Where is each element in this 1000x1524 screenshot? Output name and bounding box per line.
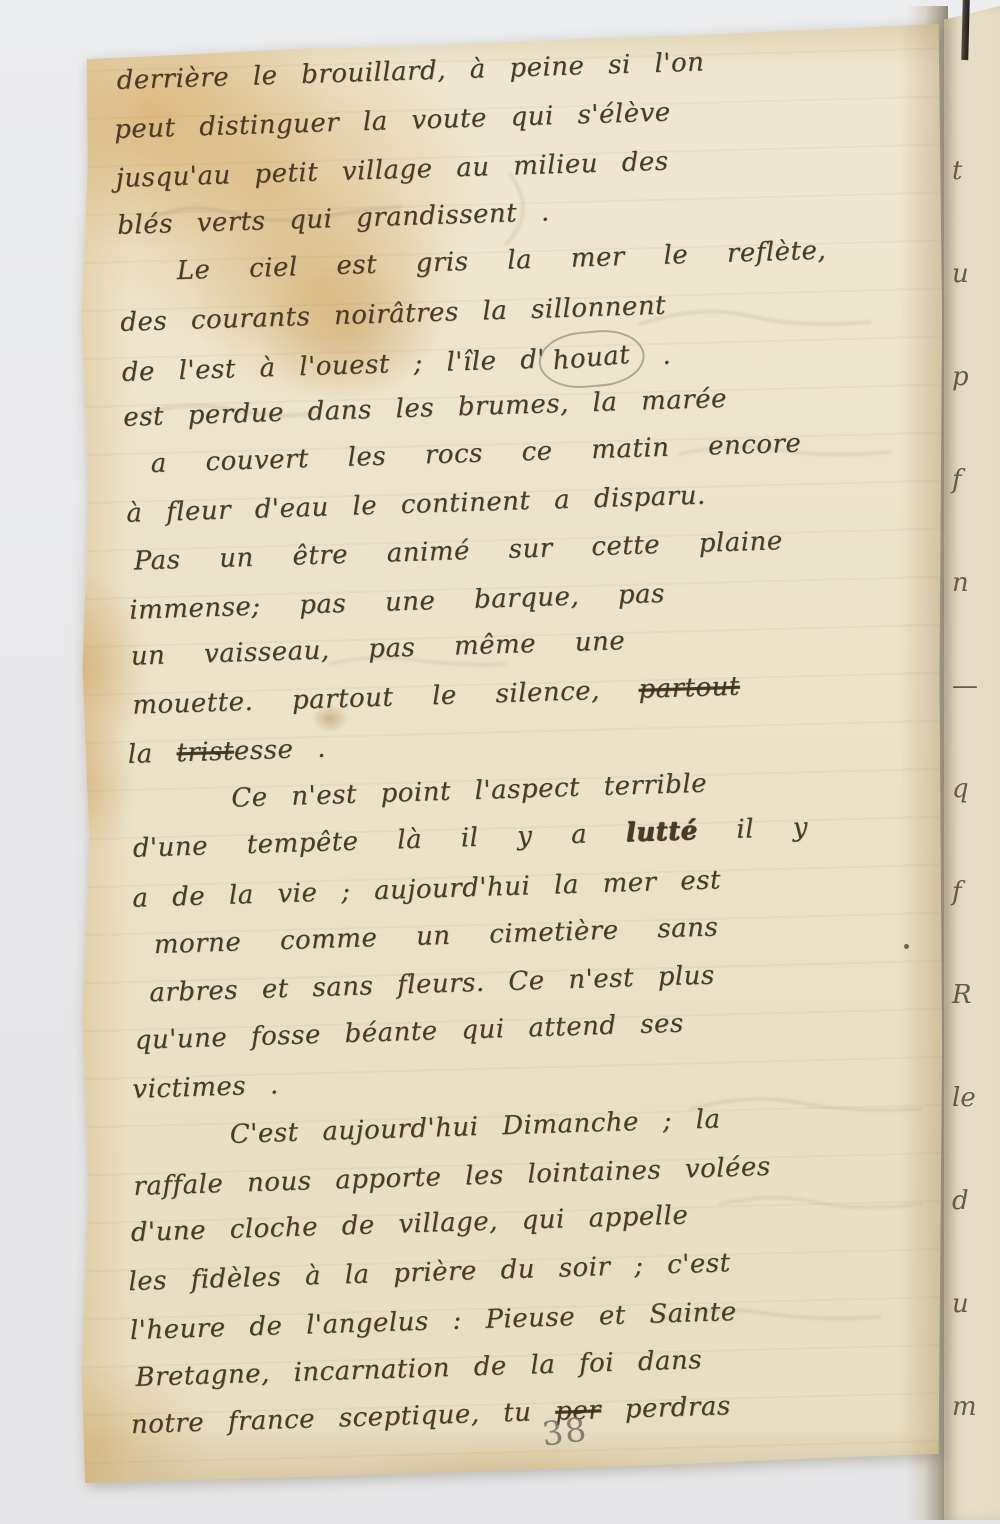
adjacent-page-text-fragment: u xyxy=(952,1289,1000,1319)
pencil-page-number: 38 xyxy=(540,1409,590,1453)
adjacent-page-text-fragment: f xyxy=(952,465,1000,495)
adjacent-page-text-fragment: f xyxy=(952,877,1000,907)
word-segment: morne comme un cimetière sans xyxy=(153,912,718,960)
adjacent-page-text-fragment: R xyxy=(952,980,1000,1010)
manuscript-text: derrière le brouillard, à peine si l'onp… xyxy=(112,33,961,1450)
adjacent-page-text-fragment: — xyxy=(952,671,1000,701)
word-segment: notre france sceptique, tu xyxy=(130,1397,555,1440)
word-segment: qu'une fosse béante qui attend ses xyxy=(134,1009,684,1056)
adjacent-page-text-fragment: m xyxy=(952,1392,1000,1422)
word-segment: un vaisseau, pas même une xyxy=(130,626,625,672)
word-segment: victimes . xyxy=(132,1070,279,1105)
word-segment: les fidèles à la prière du soir ; c'est xyxy=(128,1248,731,1297)
adjacent-page-text-fragment: n xyxy=(952,568,1000,598)
adjacent-page-edge: tupfn—qfRledum xyxy=(944,6,1000,1520)
word-segment: l'heure de l'angelus : Pieuse et Sainte xyxy=(130,1297,738,1346)
word-segment: jusqu'au petit village au milieu des xyxy=(115,147,669,194)
word-segment: de l'est à l'ouest ; l'île d' xyxy=(121,345,545,388)
adjacent-page-text-fragment: u xyxy=(952,259,1000,289)
manuscript-page: derrière le brouillard, à peine si l'onp… xyxy=(80,24,942,1486)
word-segment: mouette. partout le silence, xyxy=(132,675,639,721)
ink-dot xyxy=(904,944,909,949)
word-segment: C'est aujourd'hui Dimanche ; la xyxy=(229,1104,721,1149)
word-segment: peut distinguer la voute qui s'élève xyxy=(114,97,671,144)
word-segment: la xyxy=(127,738,177,770)
word-segment: esse . xyxy=(233,734,326,767)
word-segment: perdras xyxy=(601,1391,732,1425)
word-segment: blés verts qui grandissent . xyxy=(117,197,550,241)
adjacent-page-text-fragment: q xyxy=(952,774,1000,804)
word-segment: Le ciel est gris la mer le reflète, xyxy=(176,236,826,286)
adjacent-page-text-fragment: t xyxy=(952,156,1000,186)
word-segment: Ce n'est point l'aspect terrible xyxy=(231,769,708,814)
adjacent-page-text-fragment: le xyxy=(952,1083,1000,1113)
word-segment: d'une cloche de village, qui appelle xyxy=(130,1200,688,1247)
word-segment: trist xyxy=(176,737,234,769)
word-segment: derrière le brouillard, à peine si l'on xyxy=(116,47,705,95)
word-segment: a de la vie ; aujourd'hui la mer est xyxy=(132,865,721,913)
adjacent-page-text-fragment: d xyxy=(952,1186,1000,1216)
scan-background: tupfn—qfRledum derrière le brouillard, à… xyxy=(0,0,1000,1524)
word-segment: partout xyxy=(638,672,740,705)
adjacent-page-text-fragment: p xyxy=(952,362,1000,392)
word-segment: d'une tempête là il y a xyxy=(132,818,626,863)
word-segment: lutté xyxy=(625,816,698,848)
word-segment: il y xyxy=(697,813,808,846)
